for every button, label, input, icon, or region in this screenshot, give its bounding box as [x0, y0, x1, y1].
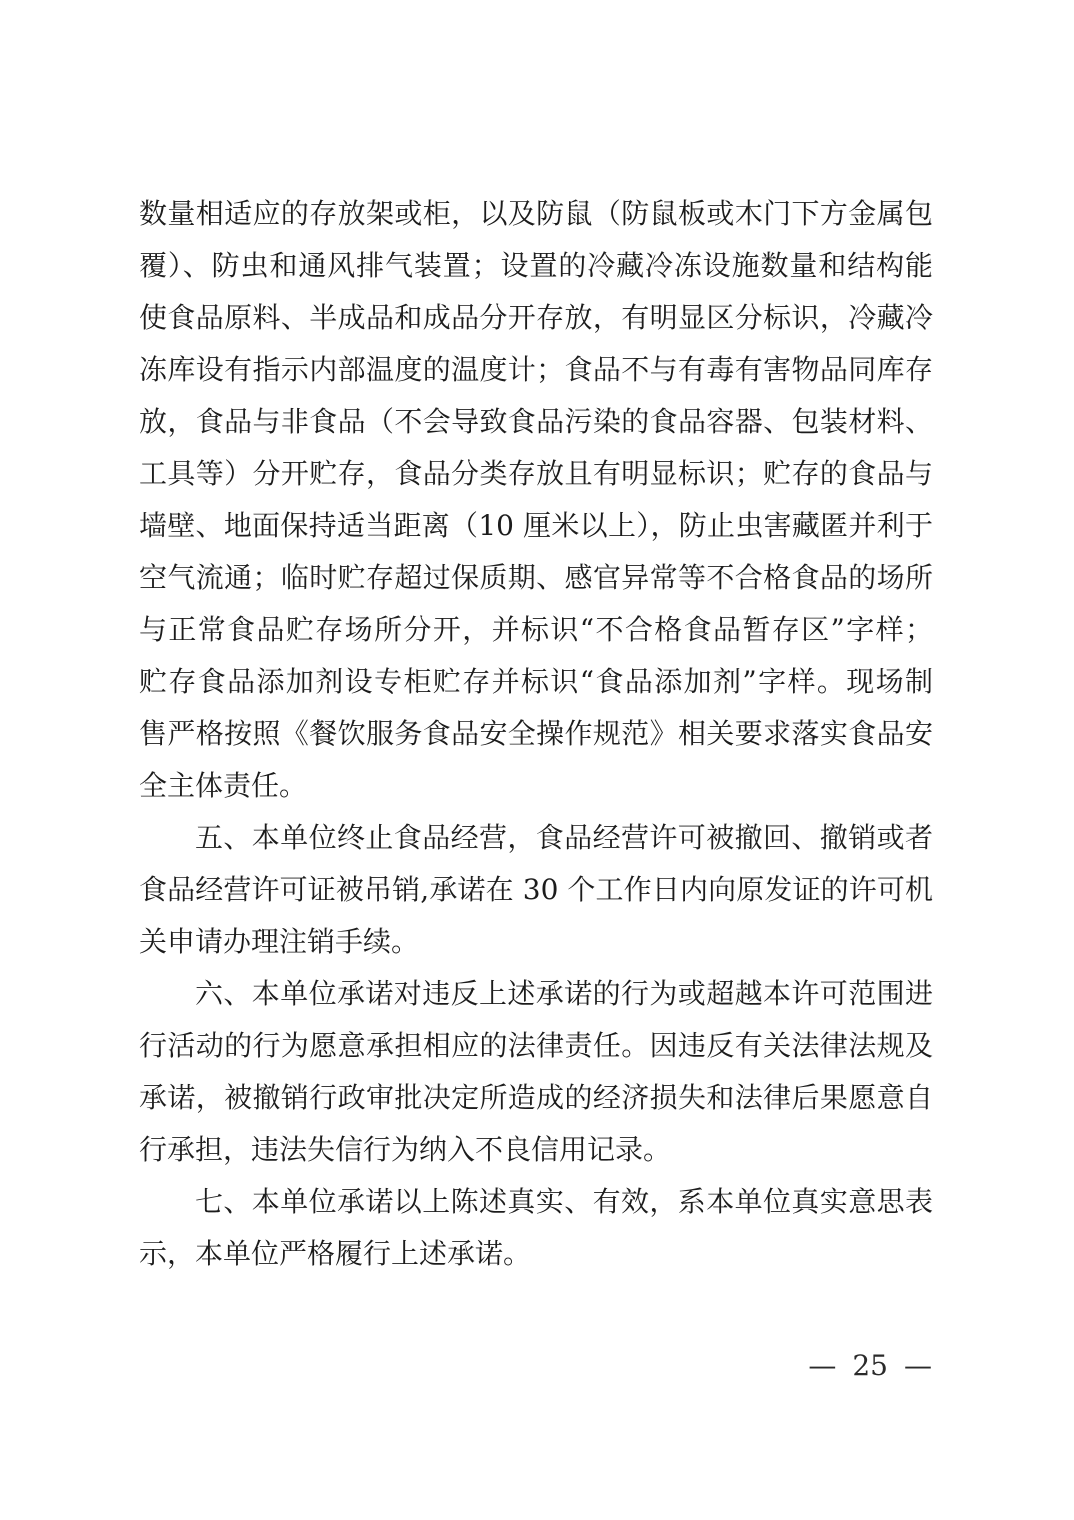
- text-line: 空气流通；临时贮存超过保质期、感官异常等不合格食品的场所: [139, 552, 933, 604]
- text-line: 七、本单位承诺以上陈述真实、有效，系本单位真实意思表: [139, 1176, 933, 1228]
- text-line: 放，食品与非食品（不会导致食品污染的食品容器、包装材料、: [139, 396, 933, 448]
- text-line: 墙壁、地面保持适当距离（10 厘米以上），防止虫害藏匿并利于: [139, 500, 933, 552]
- text-line: 关申请办理注销手续。: [139, 916, 933, 968]
- page-number: —25—: [808, 1350, 932, 1382]
- text-line: 使食品原料、半成品和成品分开存放，有明显区分标识，冷藏冷: [139, 292, 933, 344]
- text-line: 工具等）分开贮存，食品分类存放且有明显标识；贮存的食品与: [139, 448, 933, 500]
- page-number-dash-right: —: [904, 1349, 932, 1382]
- text-line: 五、本单位终止食品经营，食品经营许可被撤回、撤销或者: [139, 812, 933, 864]
- text-line: 数量相适应的存放架或柜，以及防鼠（防鼠板或木门下方金属包: [139, 188, 933, 240]
- document-page: 数量相适应的存放架或柜，以及防鼠（防鼠板或木门下方金属包覆）、防虫和通风排气装置…: [0, 0, 1074, 1520]
- text-line: 行承担，违法失信行为纳入不良信用记录。: [139, 1124, 933, 1176]
- text-line: 与正常食品贮存场所分开，并标识“不合格食品暂存区”字样；: [139, 604, 933, 656]
- text-line: 行活动的行为愿意承担相应的法律责任。因违反有关法律法规及: [139, 1020, 933, 1072]
- text-line: 贮存食品添加剂设专柜贮存并标识“食品添加剂”字样。现场制: [139, 656, 933, 708]
- text-line: 全主体责任。: [139, 760, 933, 812]
- text-line: 食品经营许可证被吊销,承诺在 30 个工作日内向原发证的许可机: [139, 864, 933, 916]
- text-line: 六、本单位承诺对违反上述承诺的行为或超越本许可范围进: [139, 968, 933, 1020]
- text-line: 售严格按照《餐饮服务食品安全操作规范》相关要求落实食品安: [139, 708, 933, 760]
- text-line: 承诺，被撤销行政审批决定所造成的经济损失和法律后果愿意自: [139, 1072, 933, 1124]
- page-number-dash-left: —: [808, 1349, 836, 1382]
- page-number-value: 25: [852, 1349, 888, 1382]
- text-line: 冻库设有指示内部温度的温度计；食品不与有毒有害物品同库存: [139, 344, 933, 396]
- text-line: 示，本单位严格履行上述承诺。: [139, 1228, 933, 1280]
- text-line: 覆）、防虫和通风排气装置；设置的冷藏冷冻设施数量和结构能: [139, 240, 933, 292]
- document-body: 数量相适应的存放架或柜，以及防鼠（防鼠板或木门下方金属包覆）、防虫和通风排气装置…: [139, 188, 933, 1280]
